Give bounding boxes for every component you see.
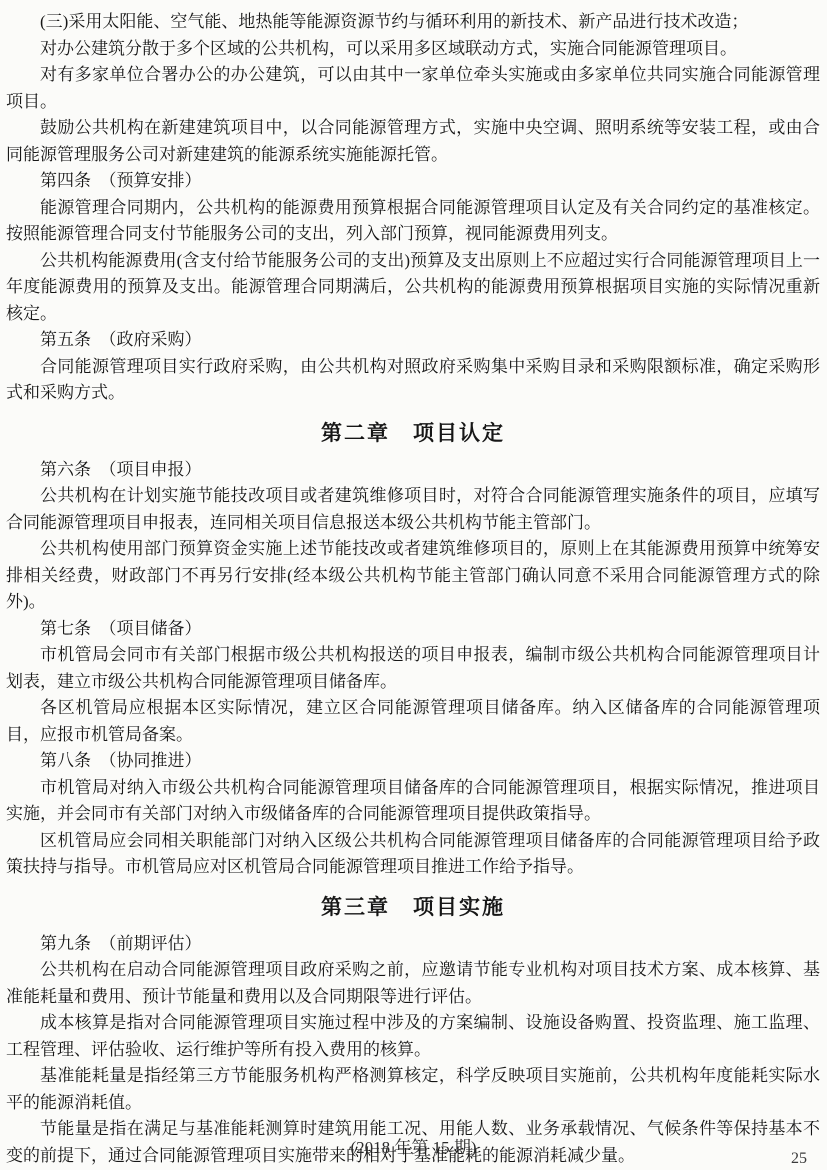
- article-heading: 第九条 （前期评估）: [6, 931, 820, 958]
- document-page: (三)采用太阳能、空气能、地热能等能源资源节约与循环利用的新技术、新产品进行技术…: [0, 0, 827, 1170]
- paragraph: 合同能源管理项目实行政府采购，由公共机构对照政府采购集中采购目录和采购限额标准，…: [6, 354, 820, 407]
- article-heading: 第八条 （协同推进）: [6, 748, 820, 775]
- paragraph: 各区机管局应根据本区实际情况，建立区合同能源管理项目储备库。纳入区储备库的合同能…: [6, 695, 820, 748]
- article-heading: 第五条 （政府采购）: [6, 327, 820, 354]
- article-heading: 第七条 （项目储备）: [6, 616, 820, 643]
- paragraph: 对有多家单位合署办公的办公建筑，可以由其中一家单位牵头实施或由多家单位共同实施合…: [6, 62, 820, 115]
- paragraph: 公共机构在计划实施节能技改项目或者建筑维修项目时，对符合合同能源管理实施条件的项…: [6, 483, 820, 536]
- paragraph: 公共机构能源费用(含支付给节能服务公司的支出)预算及支出原则上不应超过实行合同能…: [6, 248, 820, 328]
- paragraph: 公共机构使用部门预算资金实施上述节能技改或者建筑维修项目的，原则上在其能源费用预…: [6, 536, 820, 616]
- chapter-heading: 第三章 项目实施: [6, 893, 820, 921]
- paragraph: (三)采用太阳能、空气能、地热能等能源资源节约与循环利用的新技术、新产品进行技术…: [6, 9, 820, 36]
- chapter-heading: 第二章 项目认定: [6, 419, 820, 447]
- article-heading: 第四条 （预算安排）: [6, 168, 820, 195]
- document-body: (三)采用太阳能、空气能、地热能等能源资源节约与循环利用的新技术、新产品进行技术…: [6, 9, 820, 1169]
- issue-label: (2018 年第 15 期): [350, 1138, 476, 1157]
- paragraph: 成本核算是指对合同能源管理项目实施过程中涉及的方案编制、设施设备购置、投资监理、…: [6, 1010, 820, 1063]
- paragraph: 区机管局应会同相关职能部门对纳入区级公共机构合同能源管理项目储备库的合同能源管理…: [6, 828, 820, 881]
- page-footer: (2018 年第 15 期): [0, 1133, 827, 1158]
- paragraph: 鼓励公共机构在新建建筑项目中，以合同能源管理方式，实施中央空调、照明系统等安装工…: [6, 115, 820, 168]
- paragraph: 市机管局会同市有关部门根据市级公共机构报送的项目申报表，编制市级公共机构合同能源…: [6, 642, 820, 695]
- paragraph: 市机管局对纳入市级公共机构合同能源管理项目储备库的合同能源管理项目，根据实际情况…: [6, 775, 820, 828]
- article-heading: 第六条 （项目申报）: [6, 457, 820, 484]
- paragraph: 对办公建筑分散于多个区域的公共机构，可以采用多区域联动方式，实施合同能源管理项目…: [6, 36, 820, 63]
- paragraph: 公共机构在启动合同能源管理项目政府采购之前，应邀请节能专业机构对项目技术方案、成…: [6, 957, 820, 1010]
- paragraph: 能源管理合同期内，公共机构的能源费用预算根据合同能源管理项目认定及有关合同约定的…: [6, 195, 820, 248]
- page-number: 25: [791, 1150, 807, 1168]
- paragraph: 基准能耗量是指经第三方节能服务机构严格测算核定，科学反映项目实施前，公共机构年度…: [6, 1063, 820, 1116]
